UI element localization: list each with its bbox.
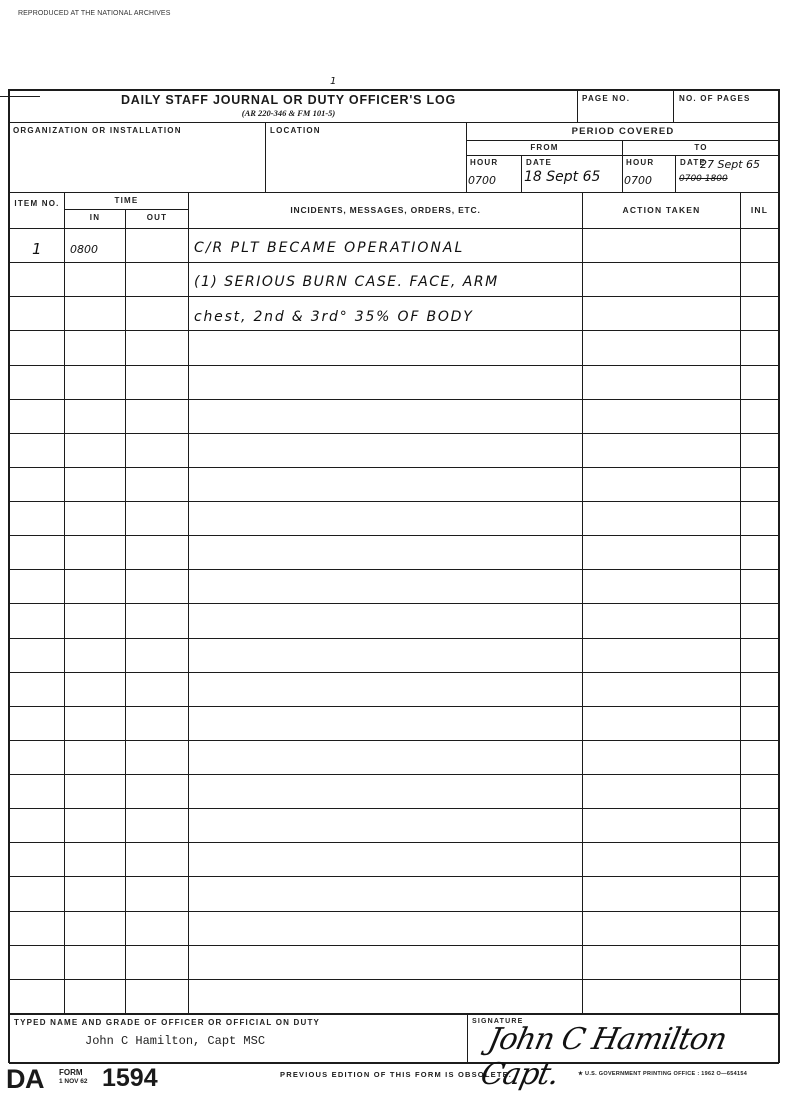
from-hour-label: HOUR: [470, 158, 498, 167]
to-hour-date-divider: [675, 155, 676, 192]
to-hour-field[interactable]: 0700: [624, 174, 652, 187]
row-3-incident[interactable]: chest, 2nd & 3rd° 35% OF BODY: [194, 309, 474, 325]
from-to-divider: [622, 140, 623, 192]
table-row[interactable]: [10, 945, 778, 979]
to-date-struck-value: 0700 1800: [679, 174, 728, 184]
table-row[interactable]: [10, 399, 778, 433]
location-field[interactable]: [266, 138, 466, 192]
table-row[interactable]: [10, 467, 778, 501]
row-1-item[interactable]: 1: [32, 240, 42, 258]
table-row[interactable]: [10, 569, 778, 603]
table-row[interactable]: [10, 774, 778, 808]
form-date: 1 NOV 62: [59, 1077, 88, 1086]
header-bottom-line: [9, 122, 779, 123]
table-row[interactable]: [10, 603, 778, 637]
table-row[interactable]: [10, 808, 778, 842]
from-date-field[interactable]: 18 Sept 65: [524, 169, 600, 185]
table-row[interactable]: [10, 706, 778, 740]
item-no-header: ITEM NO.: [10, 198, 64, 209]
from-hour-date-divider: [521, 155, 522, 192]
from-label: FROM: [467, 143, 622, 152]
table-bottom-line: [9, 1013, 779, 1015]
organization-label: ORGANIZATION OR INSTALLATION: [13, 126, 182, 135]
to-label: TO: [623, 143, 779, 152]
table-row[interactable]: [10, 433, 778, 467]
time-subheader-line: [64, 209, 188, 210]
archive-note: REPRODUCED AT THE NATIONAL ARCHIVES: [18, 10, 170, 17]
form-subtitle: (AR 220-346 & FM 101-5): [0, 108, 577, 118]
location-label: LOCATION: [270, 126, 321, 135]
table-row[interactable]: [10, 979, 778, 1013]
from-hour-field[interactable]: 0700: [468, 174, 496, 187]
out-header: OUT: [126, 213, 188, 222]
form-top-border: [9, 89, 779, 91]
info-bottom-line: [9, 192, 779, 193]
printing-office-note: ★ U.S. GOVERNMENT PRINTING OFFICE : 1962…: [578, 1071, 747, 1077]
in-header: IN: [65, 213, 125, 222]
page-no-field[interactable]: [578, 104, 673, 122]
row-2-incident[interactable]: (1) SERIOUS BURN CASE. FACE, ARM: [194, 274, 499, 290]
typed-name-field[interactable]: John C Hamilton, Capt MSC: [85, 1034, 265, 1048]
no-of-pages-field[interactable]: [674, 104, 778, 122]
table-row[interactable]: [10, 535, 778, 569]
table-row[interactable]: [10, 365, 778, 399]
typed-name-label: TYPED NAME AND GRADE OF OFFICER OR OFFIC…: [14, 1018, 320, 1027]
table-row[interactable]: [10, 330, 778, 364]
table-row[interactable]: [10, 672, 778, 706]
obsolete-notice: PREVIOUS EDITION OF THIS FORM IS OBSOLET…: [280, 1070, 512, 1079]
table-row[interactable]: [10, 842, 778, 876]
page-mark: 1: [330, 76, 336, 87]
time-header: TIME: [65, 196, 188, 205]
form-title: DAILY STAFF JOURNAL OR DUTY OFFICER'S LO…: [0, 93, 577, 107]
signature-field[interactable]: John C Hamilton Capt.: [478, 1022, 788, 1092]
row-1-time-in[interactable]: 0800: [70, 243, 98, 256]
table-row[interactable]: [10, 638, 778, 672]
form-number: 1594: [102, 1064, 158, 1093]
table-row[interactable]: [10, 740, 778, 774]
to-date-field[interactable]: 27 Sept 65: [700, 158, 760, 171]
to-hour-label: HOUR: [626, 158, 654, 167]
no-of-pages-label: NO. OF PAGES: [679, 94, 751, 103]
from-date-label: DATE: [526, 158, 552, 167]
form-right-border: [778, 89, 780, 1063]
from-to-line: [466, 155, 779, 156]
row-1-incident[interactable]: C/R PLT BECAME OPERATIONAL: [194, 240, 464, 256]
table-row[interactable]: [10, 876, 778, 910]
form-label-block: FORM 1 NOV 62: [59, 1068, 88, 1086]
name-signature-divider: [467, 1013, 468, 1063]
table-row[interactable]: [10, 501, 778, 535]
period-covered-label: PERIOD COVERED: [467, 126, 779, 137]
table-row[interactable]: [10, 911, 778, 945]
incidents-header: INCIDENTS, MESSAGES, ORDERS, ETC.: [189, 205, 582, 215]
form-prefix: DA: [6, 1064, 44, 1095]
action-taken-header: ACTION TAKEN: [583, 205, 740, 215]
organization-field[interactable]: [10, 138, 265, 192]
page-no-label: PAGE NO.: [582, 94, 630, 103]
form-label: FORM: [59, 1068, 88, 1077]
inl-header: INL: [741, 205, 778, 215]
